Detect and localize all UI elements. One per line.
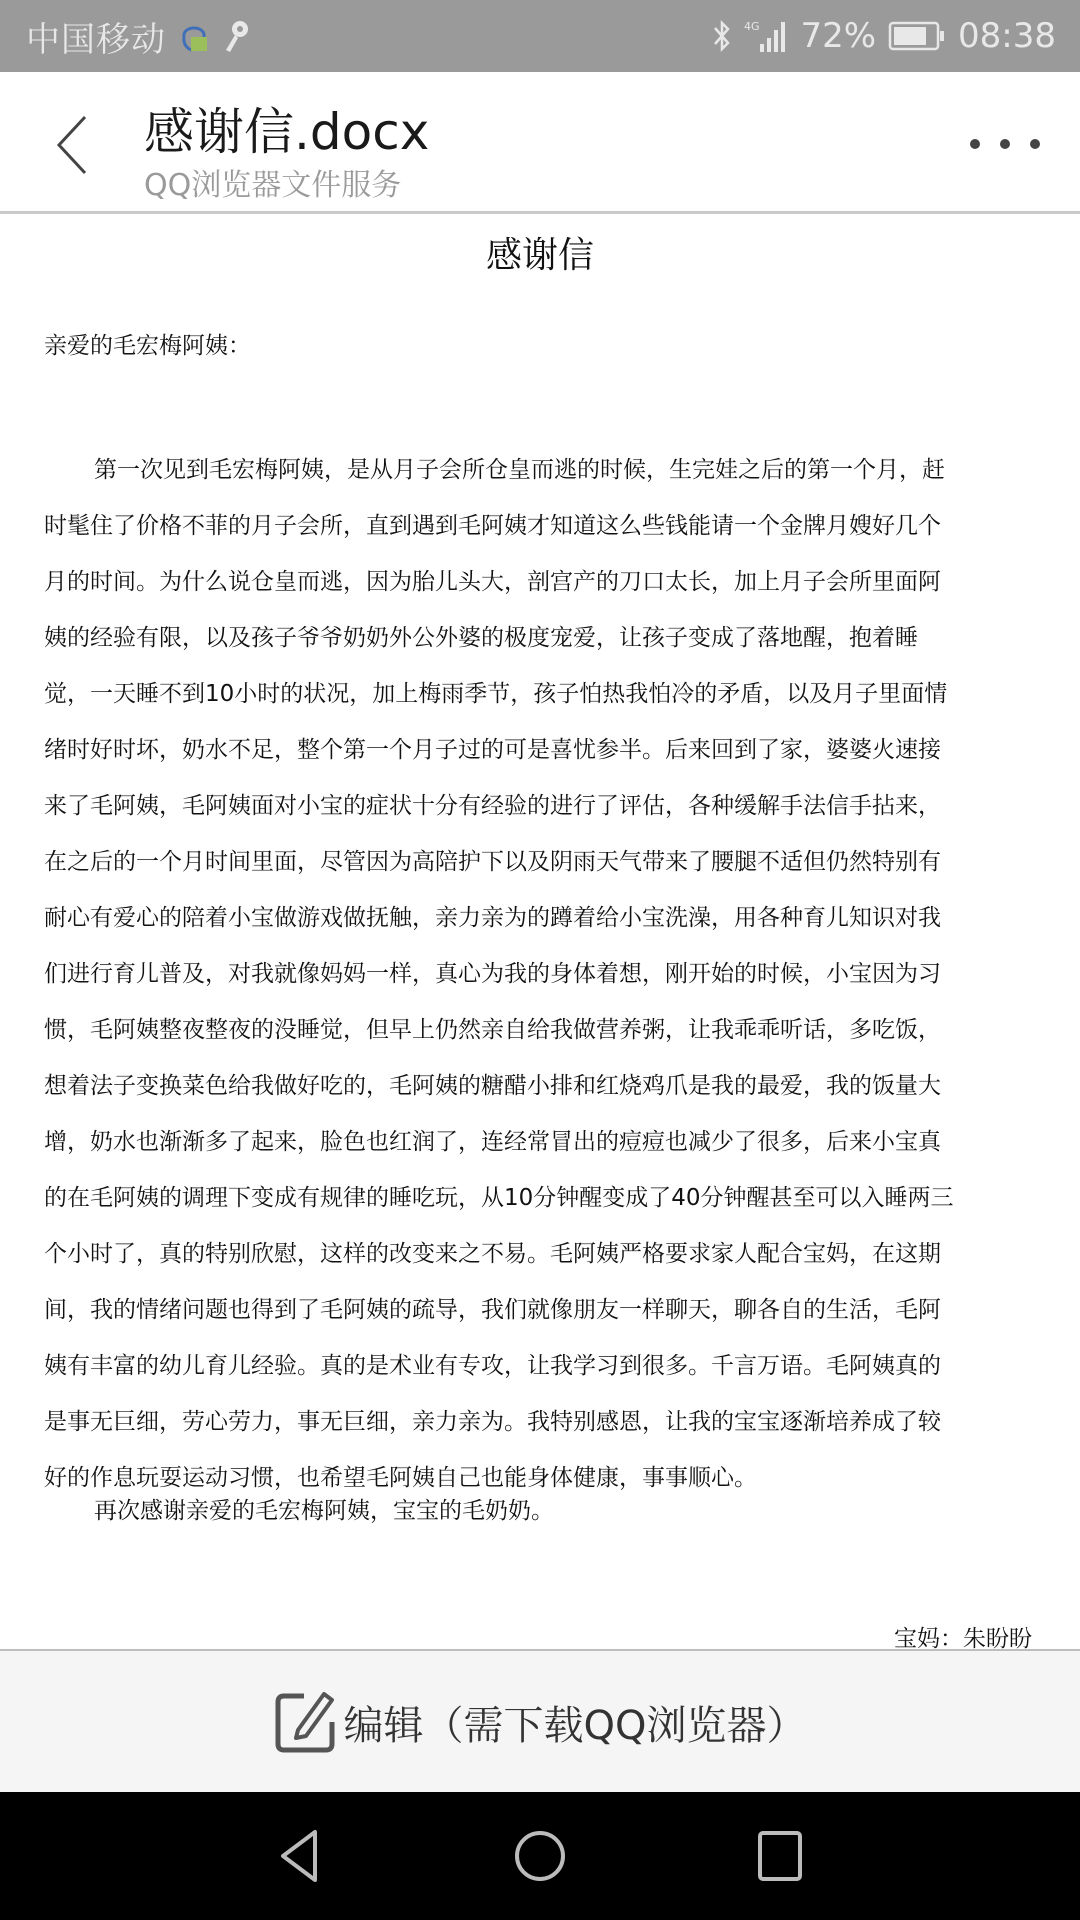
closing-line: 再次感谢亲爱的毛宏梅阿姨，宝宝的毛奶奶。 — [94, 1492, 554, 1525]
nav-home-button[interactable] — [500, 1822, 580, 1890]
file-source: QQ浏览器文件服务 — [144, 160, 401, 204]
carrier-name: 中国移动 — [26, 12, 166, 61]
back-button[interactable] — [46, 112, 96, 178]
network-type: 4G — [744, 20, 760, 33]
body-line: 觉，一天睡不到10小时的状况，加上梅雨季节，孩子怕热我怕冷的矛盾，以及月子里面情 — [44, 666, 1036, 722]
more-dots-icon — [1000, 139, 1010, 149]
body-line: 绪时好时坏，奶水不足，整个第一个月子过的可是喜忧参半。后来回到了家，婆婆火速接 — [44, 722, 1036, 778]
triangle-back-icon — [275, 1828, 325, 1884]
document-title: 感谢信 — [0, 227, 1080, 278]
clock: 08:38 — [958, 16, 1056, 56]
more-options-button[interactable] — [970, 122, 1040, 166]
status-bar-right: 4G 72% 08:38 — [712, 16, 1056, 56]
chevron-left-icon — [53, 113, 89, 177]
body-line: 姨的经验有限，以及孩子爷爷奶奶外公外婆的极度宠爱，让孩子变成了落地醒，抱着睡 — [44, 610, 1036, 666]
edit-icon — [274, 1690, 338, 1754]
edit-label: 编辑（需下载QQ浏览器） — [344, 1694, 807, 1751]
nav-recents-button[interactable] — [740, 1822, 820, 1890]
app-header: 感谢信.docx QQ浏览器文件服务 — [0, 72, 1080, 214]
body-line: 来了毛阿姨，毛阿姨面对小宝的症状十分有经验的进行了评估，各种缓解手法信手拈来， — [44, 778, 1036, 834]
edit-bar: 编辑（需下载QQ浏览器） — [0, 1649, 1080, 1793]
body-line: 个小时了，真的特别欣慰，这样的改变来之不易。毛阿姨严格要求家人配合宝妈，在这期 — [44, 1226, 1036, 1282]
file-title: 感谢信.docx — [144, 92, 429, 164]
body-line: 间，我的情绪问题也得到了毛阿姨的疏导，我们就像朋友一样聊天，聊各自的生活，毛阿 — [44, 1282, 1036, 1338]
salutation: 亲爱的毛宏梅阿姨： — [44, 327, 251, 360]
signal-icon: 4G — [744, 18, 788, 54]
nav-back-button[interactable] — [260, 1822, 340, 1890]
bluetooth-icon — [712, 19, 732, 53]
signature: 宝妈：朱盼盼 — [894, 1620, 1032, 1649]
status-bar: 中国移动 4G — [0, 0, 1080, 72]
battery-icon — [888, 21, 946, 51]
document-body: 第一次见到毛宏梅阿姨，是从月子会所仓皇而逃的时候，生完娃之后的第一个月，赶 时髦… — [44, 442, 1036, 1506]
body-line: 月的时间。为什么说仓皇而逃，因为胎儿头大，剖宫产的刀口太长，加上月子会所里面阿 — [44, 554, 1036, 610]
edit-button[interactable]: 编辑（需下载QQ浏览器） — [274, 1690, 807, 1754]
body-line: 惯，毛阿姨整夜整夜的没睡觉，但早上仍然亲自给我做营养粥，让我乖乖听话，多吃饭， — [44, 1002, 1036, 1058]
body-line: 增，奶水也渐渐多了起来，脸色也红润了，连经常冒出的痘痘也减少了很多，后来小宝真 — [44, 1114, 1036, 1170]
body-line: 的在毛阿姨的调理下变成有规律的睡吃玩，从10分钟醒变成了40分钟醒甚至可以入睡两… — [44, 1170, 1036, 1226]
key-icon — [222, 18, 252, 54]
more-dots-icon — [1030, 139, 1040, 149]
body-line: 在之后的一个月时间里面，尽管因为高陪护下以及阴雨天气带来了腰腿不适但仍然特别有 — [44, 834, 1036, 890]
body-line: 是事无巨细，劳心劳力，事无巨细，亲力亲为。我特别感恩，让我的宝宝逐渐培养成了较 — [44, 1394, 1036, 1450]
document-view[interactable]: 感谢信 亲爱的毛宏梅阿姨： 第一次见到毛宏梅阿姨，是从月子会所仓皇而逃的时候，生… — [0, 217, 1080, 1649]
body-line: 时髦住了价格不菲的月子会所，直到遇到毛阿姨才知道这么些钱能请一个金牌月嫂好几个 — [44, 498, 1036, 554]
more-dots-icon — [970, 139, 980, 149]
headset-notification-icon — [178, 17, 210, 55]
body-line: 们进行育儿普及，对我就像妈妈一样，真心为我的身体着想，刚开始的时候，小宝因为习 — [44, 946, 1036, 1002]
battery-percent: 72% — [800, 16, 876, 56]
body-line: 想着法子变换菜色给我做好吃的，毛阿姨的糖醋小排和红烧鸡爪是我的最爱，我的饭量大 — [44, 1058, 1036, 1114]
system-navigation-bar — [0, 1792, 1080, 1920]
body-line: 姨有丰富的幼儿育儿经验。真的是术业有专攻，让我学习到很多。千言万语。毛阿姨真的 — [44, 1338, 1036, 1394]
body-line: 第一次见到毛宏梅阿姨，是从月子会所仓皇而逃的时候，生完娃之后的第一个月，赶 — [44, 442, 1036, 498]
square-recents-icon — [755, 1828, 805, 1884]
circle-home-icon — [512, 1828, 568, 1884]
status-bar-left: 中国移动 — [26, 12, 252, 61]
body-line: 耐心有爱心的陪着小宝做游戏做抚触，亲力亲为的蹲着给小宝洗澡，用各种育儿知识对我 — [44, 890, 1036, 946]
